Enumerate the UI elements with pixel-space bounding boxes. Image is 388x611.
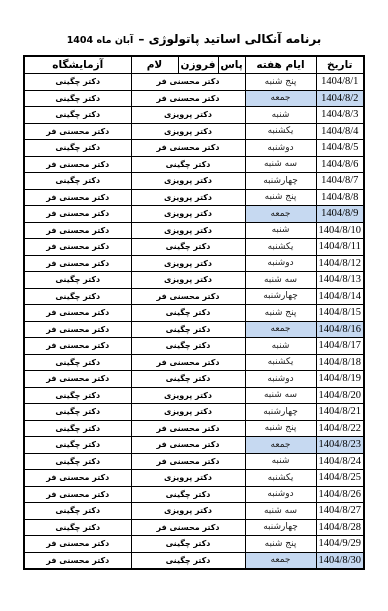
weekday-cell: جمعه [245,90,316,107]
weekday-cell: چهارشنبه [245,288,316,305]
weekday-cell: پنج شنبه [245,74,316,91]
weekday-cell: دوشنبه [245,371,316,388]
lab-doctor-cell: دکتر چگینی [24,272,131,289]
date-cell: 1404/8/9 [316,206,364,223]
date-cell: 1404/8/26 [316,486,364,503]
lab-doctor-cell: دکتر محسنی فر [24,486,131,503]
oncall-doctor-cell: دکتر محسنی فر [131,420,245,437]
oncall-doctor-cell: دکتر پرویزی [131,387,245,404]
weekday-cell: پنج شنبه [245,536,316,553]
oncall-doctor-cell: دکتر چگینی [131,371,245,388]
date-cell: 1404/8/7 [316,173,364,190]
table-row: 1404/8/25 یکشنبه دکتر پرویزی دکتر محسنی … [24,470,364,487]
oncall-doctor-cell: دکتر محسنی فر [131,140,245,157]
table-row: 1404/8/8 پنج شنبه دکتر پرویزی دکتر محسنی… [24,189,364,206]
date-cell: 1404/8/1 [316,74,364,91]
table-row: 1404/8/7 چهارشنبه دکتر پرویزی دکتر چگینی [24,173,364,190]
table-row: 1404/8/4 یکشنبه دکتر پرویزی دکتر محسنی ف… [24,123,364,140]
date-cell: 1404/8/30 [316,552,364,569]
date-cell: 1404/8/22 [316,420,364,437]
weekday-cell: شنبه [245,222,316,239]
weekday-cell: یکشنبه [245,123,316,140]
schedule-body: 1404/8/1 پنج شنبه دکتر محسنی فر دکتر چگی… [24,74,364,570]
date-cell: 1404/8/15 [316,305,364,322]
lab-doctor-cell: دکتر چگینی [24,387,131,404]
date-cell: 1404/8/8 [316,189,364,206]
lab-doctor-cell: دکتر چگینی [24,519,131,536]
table-row: 1404/8/22 پنج شنبه دکتر محسنی فر دکتر چگ… [24,420,364,437]
lab-doctor-cell: دکتر چگینی [24,420,131,437]
date-cell: 1404/8/5 [316,140,364,157]
table-row: 1404/8/17 شنبه دکتر چگینی دکتر محسنی فر [24,338,364,355]
table-row: 1404/8/9 جمعه دکتر پرویزی دکتر محسنی فر [24,206,364,223]
oncall-schedule-table: تاریخ ایام هفته پاس فروزن لام آزمایشگاه … [23,55,365,570]
table-row: 1404/8/11 یکشنبه دکتر چگینی دکتر محسنی ف… [24,239,364,256]
lab-doctor-cell: دکتر محسنی فر [24,552,131,569]
date-cell: 1404/8/21 [316,404,364,421]
table-row: 1404/8/26 دوشنبه دکتر چگینی دکتر محسنی ف… [24,486,364,503]
lab-doctor-cell: دکتر محسنی فر [24,239,131,256]
weekday-cell: یکشنبه [245,470,316,487]
table-row: 1404/8/5 دوشنبه دکتر محسنی فر دکتر چگینی [24,140,364,157]
lab-doctor-cell: دکتر چگینی [24,354,131,371]
date-cell: 1404/8/25 [316,470,364,487]
table-row: 1404/8/12 دوشنبه دکتر پرویزی دکتر محسنی … [24,255,364,272]
header-weekday: ایام هفته [245,56,316,74]
lab-doctor-cell: دکتر چگینی [24,74,131,91]
header-date: تاریخ [316,56,364,74]
oncall-doctor-cell: دکتر محسنی فر [131,74,245,91]
date-cell: 1404/8/13 [316,272,364,289]
table-row: 1404/8/18 یکشنبه دکتر محسنی فر دکتر چگین… [24,354,364,371]
lab-doctor-cell: دکتر چگینی [24,453,131,470]
lab-doctor-cell: دکتر محسنی فر [24,470,131,487]
header-slide: لام [131,56,178,74]
lab-doctor-cell: دکتر محسنی فر [24,338,131,355]
table-row: 1404/8/6 سه شنبه دکتر چگینی دکتر محسنی ف… [24,156,364,173]
oncall-doctor-cell: دکتر چگینی [131,338,245,355]
table-row: 1404/8/1 پنج شنبه دکتر محسنی فر دکتر چگی… [24,74,364,91]
table-row: 1404/8/28 چهارشنبه دکتر محسنی فر دکتر چگ… [24,519,364,536]
oncall-doctor-cell: دکتر پرویزی [131,470,245,487]
lab-doctor-cell: دکتر محسنی فر [24,222,131,239]
date-cell: 1404/8/28 [316,519,364,536]
lab-doctor-cell: دکتر چگینی [24,173,131,190]
weekday-cell: دوشنبه [245,140,316,157]
header-lab: آزمایشگاه [24,56,131,74]
date-cell: 1404/9/29 [316,536,364,553]
date-cell: 1404/8/19 [316,371,364,388]
page-title-month: آبان ماه 1404 [67,35,134,46]
weekday-cell: شنبه [245,453,316,470]
oncall-doctor-cell: دکتر پرویزی [131,206,245,223]
weekday-cell: دوشنبه [245,486,316,503]
weekday-cell: سه شنبه [245,503,316,520]
table-row: 1404/8/13 سه شنبه دکتر پرویزی دکتر چگینی [24,272,364,289]
table-row: 1404/8/27 سه شنبه دکتر پرویزی دکتر چگینی [24,503,364,520]
weekday-cell: سه شنبه [245,156,316,173]
oncall-doctor-cell: دکتر پرویزی [131,189,245,206]
lab-doctor-cell: دکتر محسنی فر [24,123,131,140]
table-row: 1404/9/29 پنج شنبه دکتر چگینی دکتر محسنی… [24,536,364,553]
date-cell: 1404/8/3 [316,107,364,124]
lab-doctor-cell: دکتر چگینی [24,140,131,157]
date-cell: 1404/8/4 [316,123,364,140]
oncall-doctor-cell: دکتر محسنی فر [131,354,245,371]
weekday-cell: یکشنبه [245,354,316,371]
weekday-cell: جمعه [245,206,316,223]
oncall-doctor-cell: دکتر چگینی [131,321,245,338]
date-cell: 1404/8/27 [316,503,364,520]
weekday-cell: جمعه [245,552,316,569]
header-frozen: فروزن [178,56,218,74]
weekday-cell: چهارشنبه [245,173,316,190]
table-row: 1404/8/14 چهارشنبه دکتر محسنی فر دکتر چگ… [24,288,364,305]
lab-doctor-cell: دکتر محسنی فر [24,371,131,388]
table-row: 1404/8/10 شنبه دکتر پرویزی دکتر محسنی فر [24,222,364,239]
oncall-doctor-cell: دکتر پرویزی [131,107,245,124]
table-row: 1404/8/16 جمعه دکتر چگینی دکتر محسنی فر [24,321,364,338]
lab-doctor-cell: دکتر چگینی [24,503,131,520]
weekday-cell: جمعه [245,437,316,454]
lab-doctor-cell: دکتر محسنی فر [24,156,131,173]
table-row: 1404/8/23 جمعه دکتر محسنی فر دکتر چگینی [24,437,364,454]
lab-doctor-cell: دکتر چگینی [24,107,131,124]
lab-doctor-cell: دکتر محسنی فر [24,255,131,272]
lab-doctor-cell: دکتر چگینی [24,404,131,421]
oncall-doctor-cell: دکتر پرویزی [131,173,245,190]
page-title-main: برنامه آنکالی اساتید پاتولوژی – [138,32,321,46]
date-cell: 1404/8/17 [316,338,364,355]
document-page: برنامه آنکالی اساتید پاتولوژی – آبان ماه… [0,0,388,611]
lab-doctor-cell: دکتر محسنی فر [24,305,131,322]
table-row: 1404/8/19 دوشنبه دکتر چگینی دکتر محسنی ف… [24,371,364,388]
weekday-cell: چهارشنبه [245,404,316,421]
oncall-doctor-cell: دکتر محسنی فر [131,437,245,454]
oncall-doctor-cell: دکتر چگینی [131,536,245,553]
oncall-doctor-cell: دکتر پرویزی [131,255,245,272]
weekday-cell: پنج شنبه [245,420,316,437]
weekday-cell: شنبه [245,107,316,124]
weekday-cell: دوشنبه [245,255,316,272]
date-cell: 1404/8/10 [316,222,364,239]
lab-doctor-cell: دکتر محسنی فر [24,536,131,553]
lab-doctor-cell: دکتر محسنی فر [24,206,131,223]
table-row: 1404/8/15 پنج شنبه دکتر چگینی دکتر محسنی… [24,305,364,322]
oncall-doctor-cell: دکتر محسنی فر [131,90,245,107]
oncall-doctor-cell: دکتر محسنی فر [131,288,245,305]
weekday-cell: پنج شنبه [245,189,316,206]
oncall-doctor-cell: دکتر چگینی [131,552,245,569]
lab-doctor-cell: دکتر چگینی [24,288,131,305]
lab-doctor-cell: دکتر محسنی فر [24,189,131,206]
header-pass: پاس [218,56,245,74]
date-cell: 1404/8/16 [316,321,364,338]
date-cell: 1404/8/6 [316,156,364,173]
date-cell: 1404/8/12 [316,255,364,272]
oncall-doctor-cell: دکتر پرویزی [131,222,245,239]
table-row: 1404/8/21 چهارشنبه دکتر پرویزی دکتر چگین… [24,404,364,421]
date-cell: 1404/8/14 [316,288,364,305]
lab-doctor-cell: دکتر چگینی [24,437,131,454]
oncall-doctor-cell: دکتر چگینی [131,239,245,256]
oncall-doctor-cell: دکتر چگینی [131,156,245,173]
lab-doctor-cell: دکتر محسنی فر [24,321,131,338]
weekday-cell: سه شنبه [245,387,316,404]
date-cell: 1404/8/24 [316,453,364,470]
weekday-cell: پنج شنبه [245,305,316,322]
date-cell: 1404/8/18 [316,354,364,371]
oncall-doctor-cell: دکتر چگینی [131,486,245,503]
weekday-cell: یکشنبه [245,239,316,256]
table-row: 1404/8/20 سه شنبه دکتر پرویزی دکتر چگینی [24,387,364,404]
oncall-doctor-cell: دکتر پرویزی [131,503,245,520]
schedule-header: تاریخ ایام هفته پاس فروزن لام آزمایشگاه [24,56,364,74]
page-title: برنامه آنکالی اساتید پاتولوژی – آبان ماه… [0,28,388,47]
oncall-doctor-cell: دکتر پرویزی [131,272,245,289]
date-cell: 1404/8/2 [316,90,364,107]
lab-doctor-cell: دکتر چگینی [24,90,131,107]
table-row: 1404/8/2 جمعه دکتر محسنی فر دکتر چگینی [24,90,364,107]
oncall-doctor-cell: دکتر چگینی [131,305,245,322]
date-cell: 1404/8/20 [316,387,364,404]
weekday-cell: شنبه [245,338,316,355]
table-row: 1404/8/30 جمعه دکتر چگینی دکتر محسنی فر [24,552,364,569]
oncall-doctor-cell: دکتر پرویزی [131,404,245,421]
table-row: 1404/8/24 شنبه دکتر محسنی فر دکتر چگینی [24,453,364,470]
table-row: 1404/8/3 شنبه دکتر پرویزی دکتر چگینی [24,107,364,124]
weekday-cell: چهارشنبه [245,519,316,536]
date-cell: 1404/8/11 [316,239,364,256]
oncall-doctor-cell: دکتر محسنی فر [131,453,245,470]
oncall-doctor-cell: دکتر محسنی فر [131,519,245,536]
weekday-cell: سه شنبه [245,272,316,289]
oncall-doctor-cell: دکتر پرویزی [131,123,245,140]
header-row: تاریخ ایام هفته پاس فروزن لام آزمایشگاه [24,56,364,74]
weekday-cell: جمعه [245,321,316,338]
date-cell: 1404/8/23 [316,437,364,454]
